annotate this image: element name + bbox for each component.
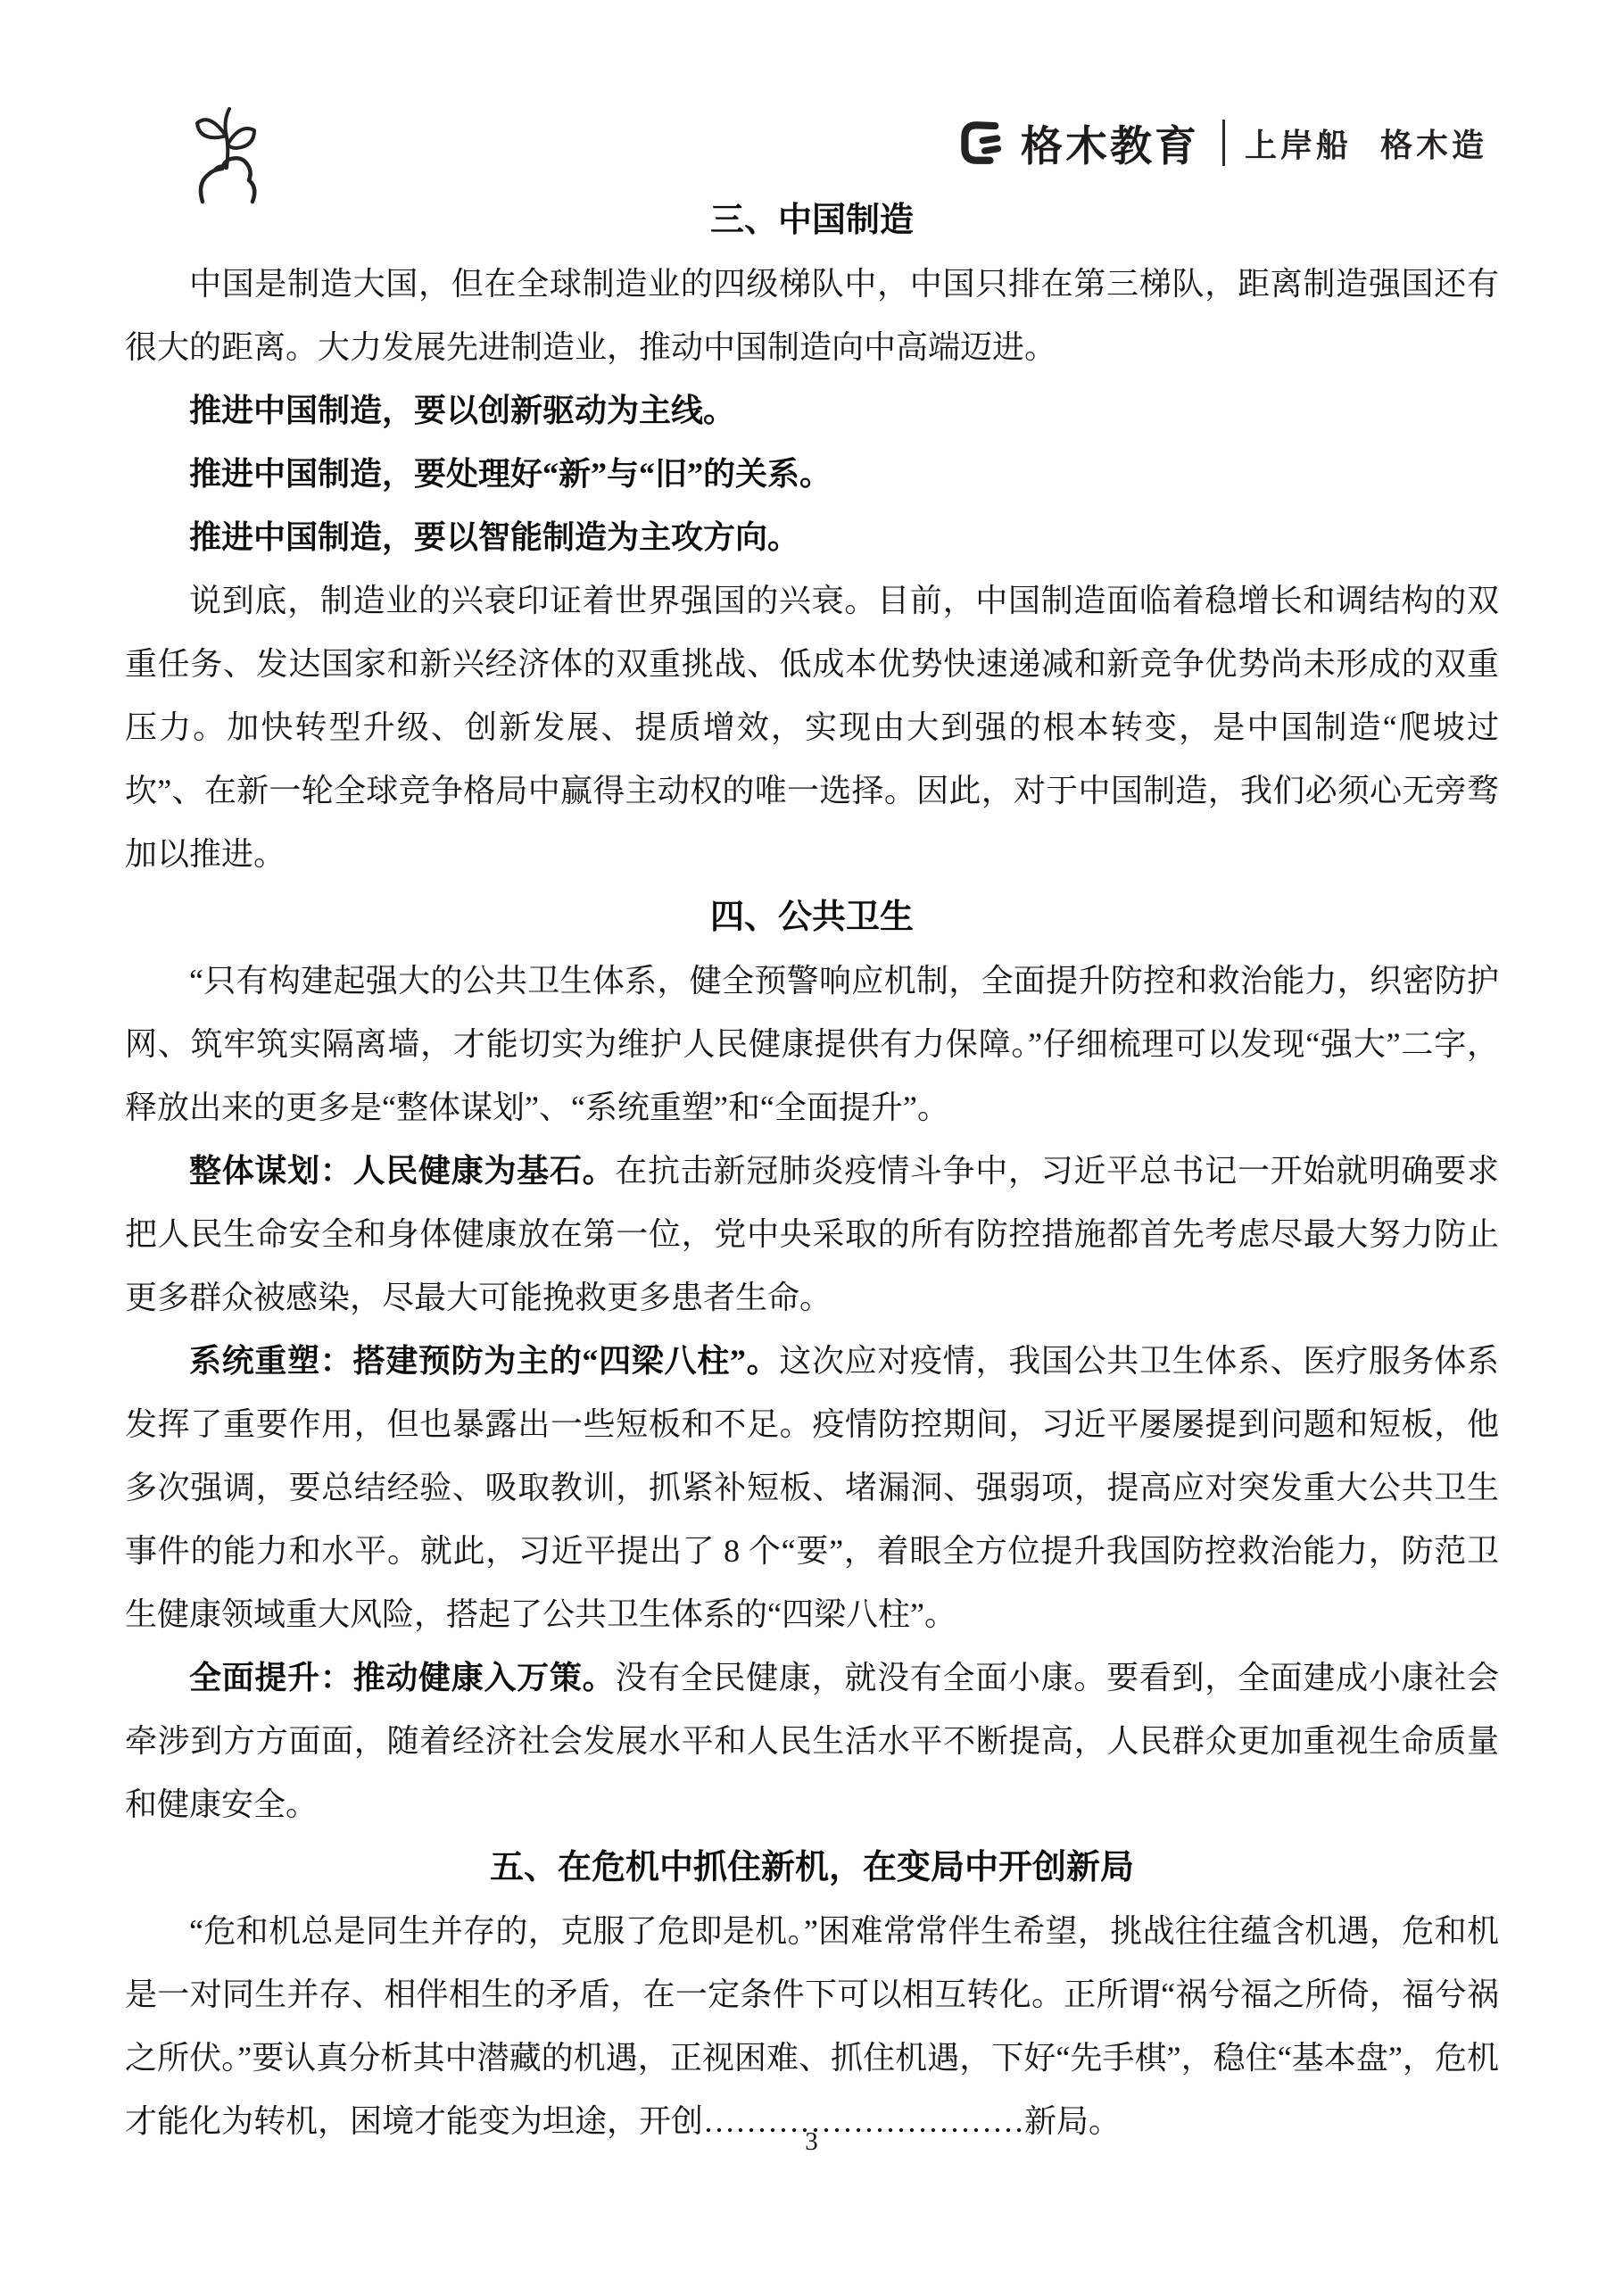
brand-divider (1222, 120, 1225, 166)
paragraph-lead: 全面提升：推动健康入万策。 (189, 1660, 615, 1695)
document-page: 格木教育 上岸船 格木造 三、中国制造 中国是制造大国，但在全球制造业的四级梯队… (0, 0, 1623, 2296)
paragraph-lead: 系统重塑：搭建预防为主的“四梁八柱”。 (189, 1343, 779, 1379)
section-heading-china-manufacturing: 三、中国制造 (125, 189, 1499, 253)
brand-name: 格木教育 (1021, 113, 1199, 173)
key-point-paragraph: 推进中国制造，要处理好“新”与“旧”的关系。 (125, 443, 1499, 506)
document-body: 三、中国制造 中国是制造大国，但在全球制造业的四级梯队中，中国只排在第三梯队，距… (125, 189, 1499, 2153)
section-heading-crisis-opportunity: 五、在危机中抓住新机，在变局中开创新局 (125, 1836, 1499, 1900)
paragraph-lead: 整体谋划：人民健康为基石。 (189, 1153, 615, 1189)
key-point-paragraph: 推进中国制造，要以智能制造为主攻方向。 (125, 506, 1499, 569)
section-heading-public-health: 四、公共卫生 (125, 886, 1499, 949)
lead-paragraph: 全面提升：推动健康入万策。没有全民健康，就没有全面小康。要看到，全面建成小康社会… (125, 1646, 1499, 1836)
brand-tagline: 上岸船 格木造 (1245, 120, 1487, 166)
body-paragraph: “危和机总是同生并存的，克服了危即是机。”困难常常伴生希望，挑战往往蕴含机遇，危… (125, 1900, 1499, 2153)
key-point-paragraph: 推进中国制造，要以创新驱动为主线。 (125, 379, 1499, 443)
lead-paragraph: 系统重塑：搭建预防为主的“四梁八柱”。这次应对疫情，我国公共卫生体系、医疗服务体… (125, 1330, 1499, 1646)
body-paragraph: 中国是制造大国，但在全球制造业的四级梯队中，中国只排在第三梯队，距离制造强国还有… (125, 253, 1499, 379)
paragraph-text: 这次应对疫情，我国公共卫生体系、医疗服务体系发挥了重要作用，但也暴露出一些短板和… (125, 1343, 1499, 1632)
body-paragraph: 说到底，制造业的兴衰印证着世界强国的兴衰。目前，中国制造面临着稳增长和调结构的双… (125, 569, 1499, 886)
page-number: 3 (0, 2127, 1623, 2157)
header-brand: 格木教育 上岸船 格木造 (958, 114, 1487, 171)
lead-paragraph: 整体谋划：人民健康为基石。在抗击新冠肺炎疫情斗争中，习近平总书记一开始就明确要求… (125, 1140, 1499, 1330)
body-paragraph: “只有构建起强大的公共卫生体系，健全预警响应机制，全面提升防控和救治能力，织密防… (125, 949, 1499, 1140)
gemu-logo-icon (958, 118, 1008, 168)
